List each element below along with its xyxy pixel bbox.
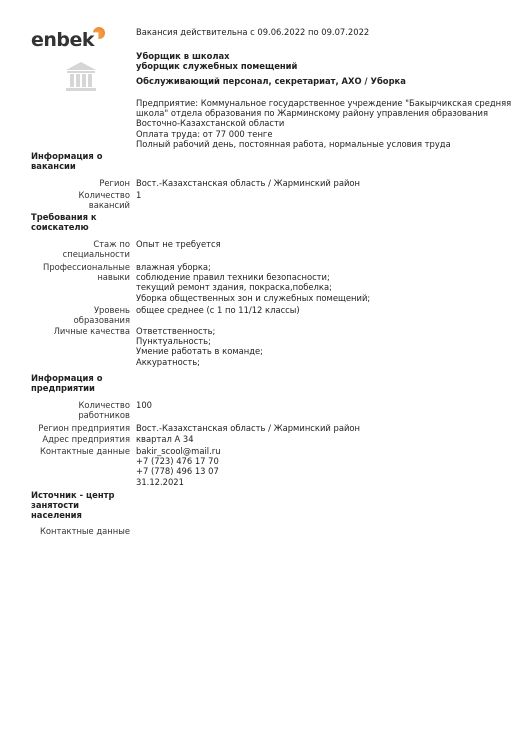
vacancy-count-row: Количество вакансий 1 (20, 190, 500, 210)
quality-item: Умение работать в команде; (136, 346, 500, 356)
education-value: общее среднее (с 1 по 11/12 классы) (136, 305, 500, 325)
vacancy-region-row: Регион Вост.-Казахстанская область / Жар… (20, 178, 500, 188)
contact-email: bakir_scool@mail.ru (136, 446, 500, 456)
employees-label: Количество работников (40, 400, 130, 420)
job-category: Обслуживающий персонал, секретариат, АХО… (136, 76, 406, 86)
employees-value: 100 (136, 400, 500, 420)
quality-item: Пунктуальность; (136, 336, 500, 346)
skill-item: Уборка общественных зон и служебных поме… (136, 293, 500, 303)
section-source: Источник - центр занятости населения (31, 490, 126, 521)
job-title-line2: уборщик служебных помещений (136, 61, 297, 71)
section-enterprise-info: Информация о предприятии (31, 373, 141, 393)
contact-date: 31.12.2021 (136, 477, 500, 487)
contact-phone: +7 (723) 476 17 70 (136, 456, 500, 466)
qualities-row: Личные качества Ответственность; Пунктуа… (20, 326, 500, 367)
address-row: Адрес предприятия квартал А 34 (20, 434, 500, 444)
education-row: Уровень образования общее среднее (с 1 п… (20, 305, 500, 325)
job-title-line1: Уборщик в школах (136, 51, 297, 61)
enterprise-region-value: Вост.-Казахстанская область / Жарминский… (136, 423, 500, 433)
experience-label: Стаж по специальности (40, 239, 130, 259)
vacancy-count-value: 1 (136, 190, 500, 210)
schedule-text: Полный рабочий день, постоянная работа, … (136, 139, 521, 149)
job-title: Уборщик в школах уборщик служебных помещ… (136, 51, 297, 71)
section-vacancy-info: Информация о вакансии (31, 151, 141, 171)
address-label: Адрес предприятия (20, 434, 130, 444)
contact-phone: +7 (778) 496 13 07 (136, 466, 500, 476)
enterprise-text: Предприятие: Коммунальное государственно… (136, 98, 521, 129)
vacancy-region-value: Вост.-Казахстанская область / Жарминский… (136, 178, 500, 188)
quality-item: Аккуратность; (136, 357, 500, 367)
employees-row: Количество работников 100 (20, 400, 500, 420)
logo-text: enbek (31, 29, 94, 51)
qualities-value: Ответственность; Пунктуальность; Умение … (136, 326, 500, 367)
validity-text: Вакансия действительна с 09.06.2022 по 0… (136, 27, 369, 37)
job-description: Предприятие: Коммунальное государственно… (136, 98, 521, 149)
skills-value: влажная уборка; соблюдение правил техник… (136, 262, 500, 303)
logo-accent-icon (93, 27, 105, 39)
section-requirements: Требования к соискателю (31, 212, 141, 232)
source-contacts-row: Контактные данные (20, 526, 500, 536)
skill-item: соблюдение правил техники безопасности; (136, 272, 500, 282)
enterprise-region-label: Регион предприятия (20, 423, 130, 433)
source-contacts-label: Контактные данные (20, 526, 130, 536)
experience-value: Опыт не требуется (136, 239, 500, 259)
enterprise-region-row: Регион предприятия Вост.-Казахстанская о… (20, 423, 500, 433)
skill-item: влажная уборка; (136, 262, 500, 272)
qualities-label: Личные качества (20, 326, 130, 367)
salary-text: Оплата труда: от 77 000 тенге (136, 129, 521, 139)
contacts-row: Контактные данные bakir_scool@mail.ru +7… (20, 446, 500, 487)
skill-item: текущий ремонт здания, покраска,побелка; (136, 282, 500, 292)
skills-row: Профессиональные навыки влажная уборка; … (20, 262, 500, 303)
contacts-value: bakir_scool@mail.ru +7 (723) 476 17 70 +… (136, 446, 500, 487)
vacancy-count-label: Количество вакансий (40, 190, 130, 210)
building-columns-icon (64, 60, 98, 94)
address-value: квартал А 34 (136, 434, 500, 444)
skills-label: Профессиональные навыки (34, 262, 130, 303)
vacancy-region-label: Регион (20, 178, 130, 188)
contacts-label: Контактные данные (20, 446, 130, 487)
experience-row: Стаж по специальности Опыт не требуется (20, 239, 500, 259)
enbek-logo: enbek (31, 30, 101, 50)
quality-item: Ответственность; (136, 326, 500, 336)
education-label: Уровень образования (40, 305, 130, 325)
